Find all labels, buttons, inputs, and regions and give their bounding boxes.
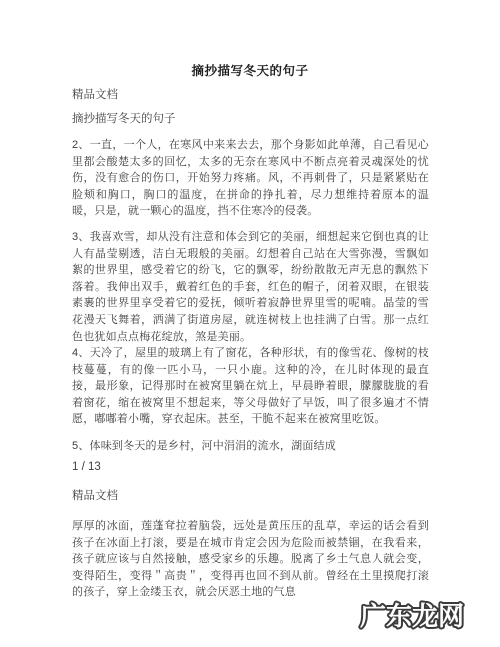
paragraph-item-2: 2、一直，一个人，在寒风中来来去去，那个身影如此单薄，自己看见心里都会酸楚太多的…	[72, 137, 429, 220]
document-title: 摘抄描写冬天的句子	[72, 61, 428, 79]
watermark-logo: 广东龙网	[352, 595, 472, 635]
paragraph-item-4: 4、天冷了，屋里的玻璃上有了窗花，各种形状，有的像雪花、像树的枝枝蔓蔓，有的像一…	[72, 345, 429, 428]
document-page: 摘抄描写冬天的句子 精品文档 摘抄描写冬天的句子 2、一直，一个人，在寒风中来来…	[0, 0, 500, 647]
quality-label-top: 精品文档	[72, 86, 428, 102]
quality-label-bottom: 精品文档	[72, 487, 428, 503]
watermark-text: 广东龙网	[360, 601, 464, 631]
continuation-paragraph: 厚厚的冰面，莲蓬耷拉着脑袋，远处是黄压压的乱草，幸运的话会看到孩子在冰面上打滚，…	[72, 518, 429, 601]
document-subtitle: 摘抄描写冬天的句子	[72, 110, 428, 126]
page-indicator: 1 / 13	[72, 461, 428, 473]
paragraph-item-5: 5、体味到冬天的是乡村，河中涓涓的流水，湖面结成	[72, 438, 429, 455]
paragraph-item-3: 3、我喜欢雪，却从没有注意和体会到它的美丽，细想起来它倒也真的让人有晶莹剔透，洁…	[72, 229, 429, 345]
